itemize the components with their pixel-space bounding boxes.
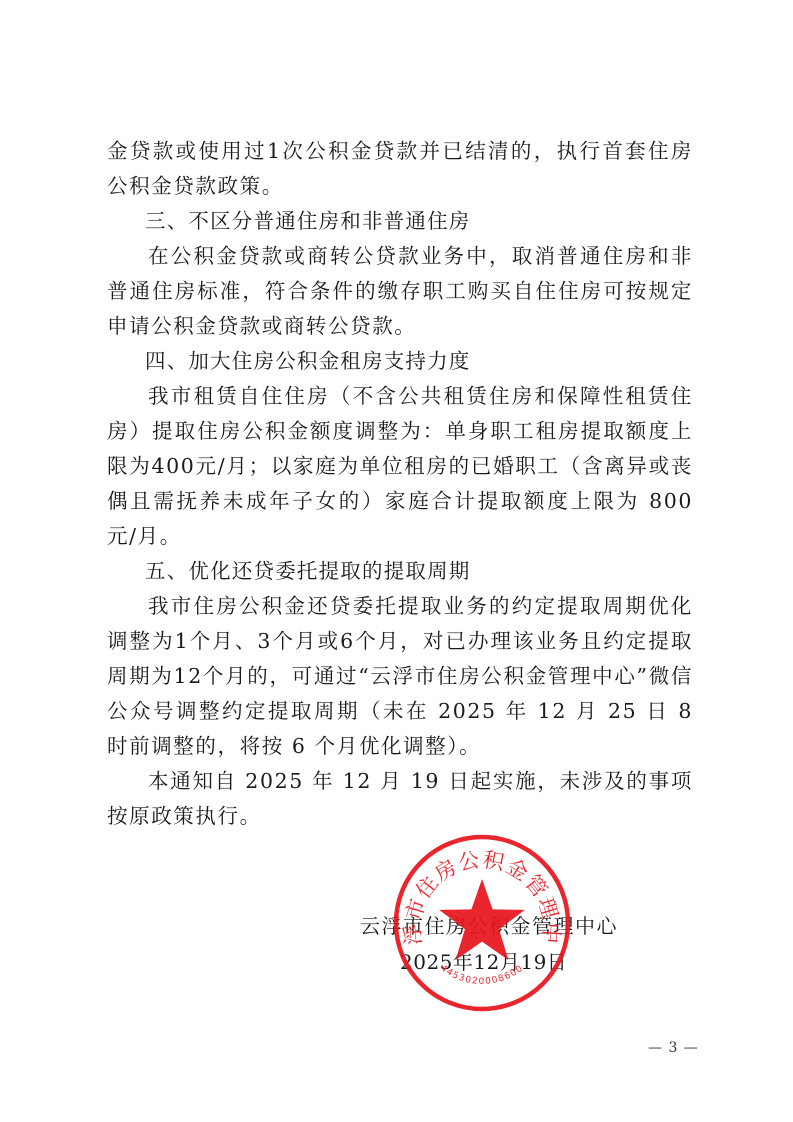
paragraph-section-4: 我市租赁自住住房（不含公共租赁住房和保障性租赁住房）提取住房公积金额度调整为：单… [107, 379, 693, 554]
document-body: 金贷款或使用过1次公积金贷款并已结清的，执行首套住房公积金贷款政策。 三、不区分… [107, 134, 693, 834]
paragraph-section-3: 在公积金贷款或商转公贷款业务中，取消普通住房和非普通住房标准，符合条件的缴存职工… [107, 239, 693, 344]
signature-date: 2025年12月19日 [360, 944, 618, 980]
paragraph-section-5: 我市住房公积金还贷委托提取业务的约定提取周期优化调整为1个月、3个月或6个月，对… [107, 589, 693, 764]
signature-block: 云浮市住房公积金管理中心 2025年12月19日 [360, 908, 618, 980]
section-heading-4: 四、加大住房公积金租房支持力度 [107, 344, 693, 379]
section-heading-3: 三、不区分普通住房和非普通住房 [107, 204, 693, 239]
document-page: 金贷款或使用过1次公积金贷款并已结清的，执行首套住房公积金贷款政策。 三、不区分… [0, 0, 793, 1122]
signature-organization: 云浮市住房公积金管理中心 [360, 908, 618, 944]
page-number: — 3 — [648, 1040, 699, 1056]
paragraph-continuation: 金贷款或使用过1次公积金贷款并已结清的，执行首套住房公积金贷款政策。 [107, 134, 693, 204]
section-heading-5: 五、优化还贷委托提取的提取周期 [107, 554, 693, 589]
paragraph-effective-date: 本通知自 2025 年 12 月 19 日起实施，未涉及的事项按原政策执行。 [107, 764, 693, 834]
